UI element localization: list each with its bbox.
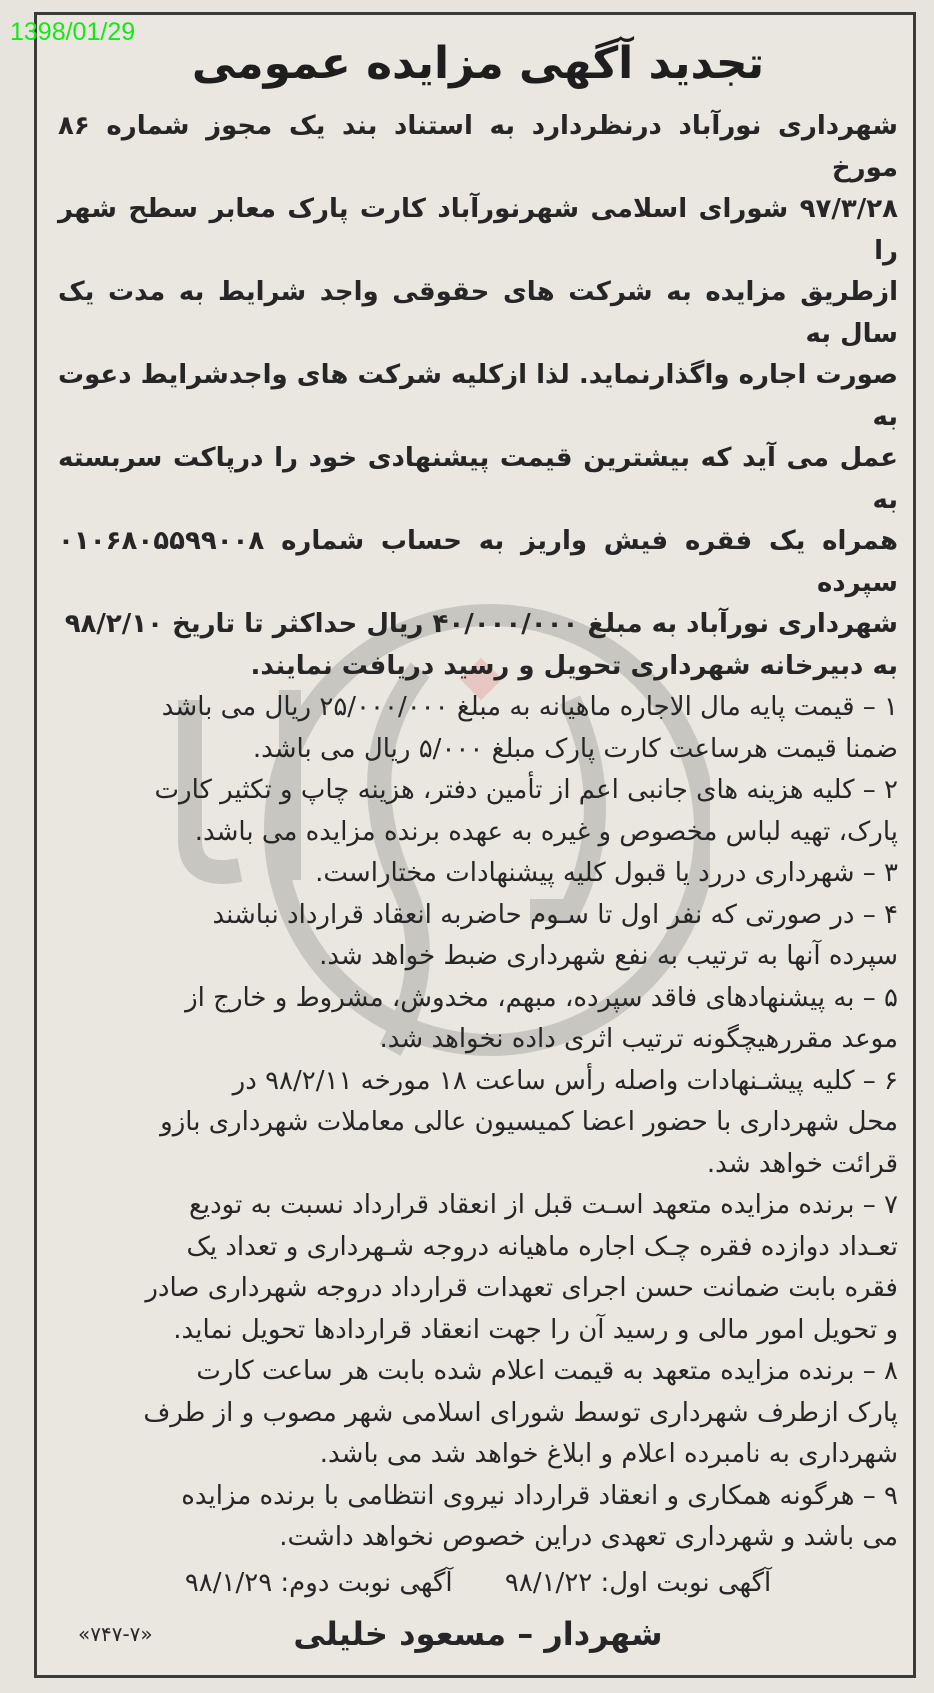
condition-item-3: ۳ – شهرداری دررد یا قبول کلیه پیشنهادات … <box>38 853 918 895</box>
condition-line: ۹ – هرگونه همکاری و انعقاد قرارداد نیروی… <box>58 1476 898 1518</box>
intro-paragraph: شهرداری نورآباد درنظردارد به استناد بند … <box>38 106 918 687</box>
second-publication-date: ۹۸/۱/۲۹ <box>185 1568 272 1598</box>
condition-line: ۱ – قیمت پایه مال الاجاره ماهیانه به مبل… <box>58 687 898 729</box>
condition-item-8: ۸ – برنده مزایده متعهد به قیمت اعلام شده… <box>38 1351 918 1476</box>
first-publication-label: آگهی نوبت اول: <box>601 1568 772 1598</box>
condition-item-6: ۶ – کلیه پیشـنهادات واصله رأس ساعت ۱۸ مو… <box>38 1061 918 1186</box>
intro-line: همراه یک فقره فیش واریز به حساب شماره ۰۱… <box>58 521 898 604</box>
condition-line: قرائت خواهد شد. <box>58 1144 898 1186</box>
first-publication-date: ۹۸/۱/۲۲ <box>505 1568 592 1598</box>
condition-line: ۵ – به پیشنهادهای فاقد سپرده، مبهم، مخدو… <box>58 978 898 1020</box>
condition-item-1: ۱ – قیمت پایه مال الاجاره ماهیانه به مبل… <box>38 687 918 770</box>
mayor-signature: شهردار – مسعود خلیلی <box>38 1609 918 1659</box>
condition-line: فقره بابت ضمانت حسن اجرای تعهدات قرارداد… <box>58 1268 898 1310</box>
publication-dates: آگهی نوبت اول: ۹۸/۱/۲۲ آگهی نوبت دوم: ۹۸… <box>38 1561 918 1605</box>
intro-line: شهرداری نورآباد درنظردارد به استناد بند … <box>58 106 898 189</box>
notice-title: تجدید آگهی مزایده عمومی <box>38 36 918 92</box>
condition-line: ۷ – برنده مزایده متعهد اسـت قبل از انعقا… <box>58 1185 898 1227</box>
condition-line: پارک، تهیه لباس مخصوص و غیره به عهده برن… <box>58 812 898 854</box>
condition-line: ۸ – برنده مزایده متعهد به قیمت اعلام شده… <box>58 1351 898 1393</box>
intro-line: ۹۷/۳/۲۸ شورای اسلامی شهرنورآباد کارت پار… <box>58 189 898 272</box>
condition-line: ۶ – کلیه پیشـنهادات واصله رأس ساعت ۱۸ مو… <box>58 1061 898 1103</box>
ad-code: «۷۴۷-۷» <box>78 1609 153 1659</box>
condition-line: سپرده آنها به ترتیب به نفع شهرداری ضبط خ… <box>58 936 898 978</box>
first-publication: آگهی نوبت اول: ۹۸/۱/۲۲ <box>505 1568 771 1598</box>
condition-line: تعـداد دوازده فقره چـک اجاره ماهیانه درو… <box>58 1227 898 1269</box>
condition-line: ۳ – شهرداری دررد یا قبول کلیه پیشنهادات … <box>58 853 898 895</box>
condition-line: ۲ – کلیه هزینه های جانبی اعم از تأمین دف… <box>58 770 898 812</box>
intro-line: به دبیرخانه شهرداری تحویل و رسید دریافت … <box>58 646 898 688</box>
condition-item-2: ۲ – کلیه هزینه های جانبی اعم از تأمین دف… <box>38 770 918 853</box>
condition-line: ۴ – در صورتی که نفر اول تا سـوم حاضربه ا… <box>58 895 898 937</box>
notice-content: تجدید آگهی مزایده عمومی شهرداری نورآباد … <box>38 14 918 1659</box>
condition-item-9: ۹ – هرگونه همکاری و انعقاد قرارداد نیروی… <box>38 1476 918 1559</box>
condition-item-5: ۵ – به پیشنهادهای فاقد سپرده، مبهم، مخدو… <box>38 978 918 1061</box>
second-publication-label: آگهی نوبت دوم: <box>280 1568 452 1598</box>
intro-line: ازطریق مزایده به شرکت های حقوقی واجد شرا… <box>58 272 898 355</box>
second-publication: آگهی نوبت دوم: ۹۸/۱/۲۹ <box>185 1568 453 1598</box>
date-stamp: 1398/01/29 <box>10 18 135 47</box>
intro-line: شهرداری نورآباد به مبلغ ۴۰/۰۰۰/۰۰۰ ریال … <box>58 604 898 646</box>
condition-line: شهرداری به نامبرده اعلام و ابلاغ خواهد ش… <box>58 1434 898 1476</box>
condition-item-4: ۴ – در صورتی که نفر اول تا سـوم حاضربه ا… <box>38 895 918 978</box>
intro-line: صورت اجاره واگذارنماید. لذا ازکلیه شرکت … <box>58 355 898 438</box>
intro-line: عمل می آید که بیشترین قیمت پیشنهادی خود … <box>58 438 898 521</box>
signature-row: شهردار – مسعود خلیلی «۷۴۷-۷» <box>38 1609 918 1659</box>
condition-line: موعد مقررهیچگونه ترتیب اثری داده نخواهد … <box>58 1019 898 1061</box>
condition-line: محل شهرداری با حضور اعضا کمیسیون عالی مع… <box>58 1102 898 1144</box>
condition-line: می باشد و شهرداری تعهدی دراین خصوص نخواه… <box>58 1517 898 1559</box>
condition-line: ضمنا قیمت هرساعت کارت پارک مبلغ ۵/۰۰۰ ری… <box>58 729 898 771</box>
condition-item-7: ۷ – برنده مزایده متعهد اسـت قبل از انعقا… <box>38 1185 918 1351</box>
condition-line: پارک ازطرف شهرداری توسط شورای اسلامی شهر… <box>58 1393 898 1435</box>
condition-line: و تحویل امور مالی و رسید آن را جهت انعقا… <box>58 1310 898 1352</box>
